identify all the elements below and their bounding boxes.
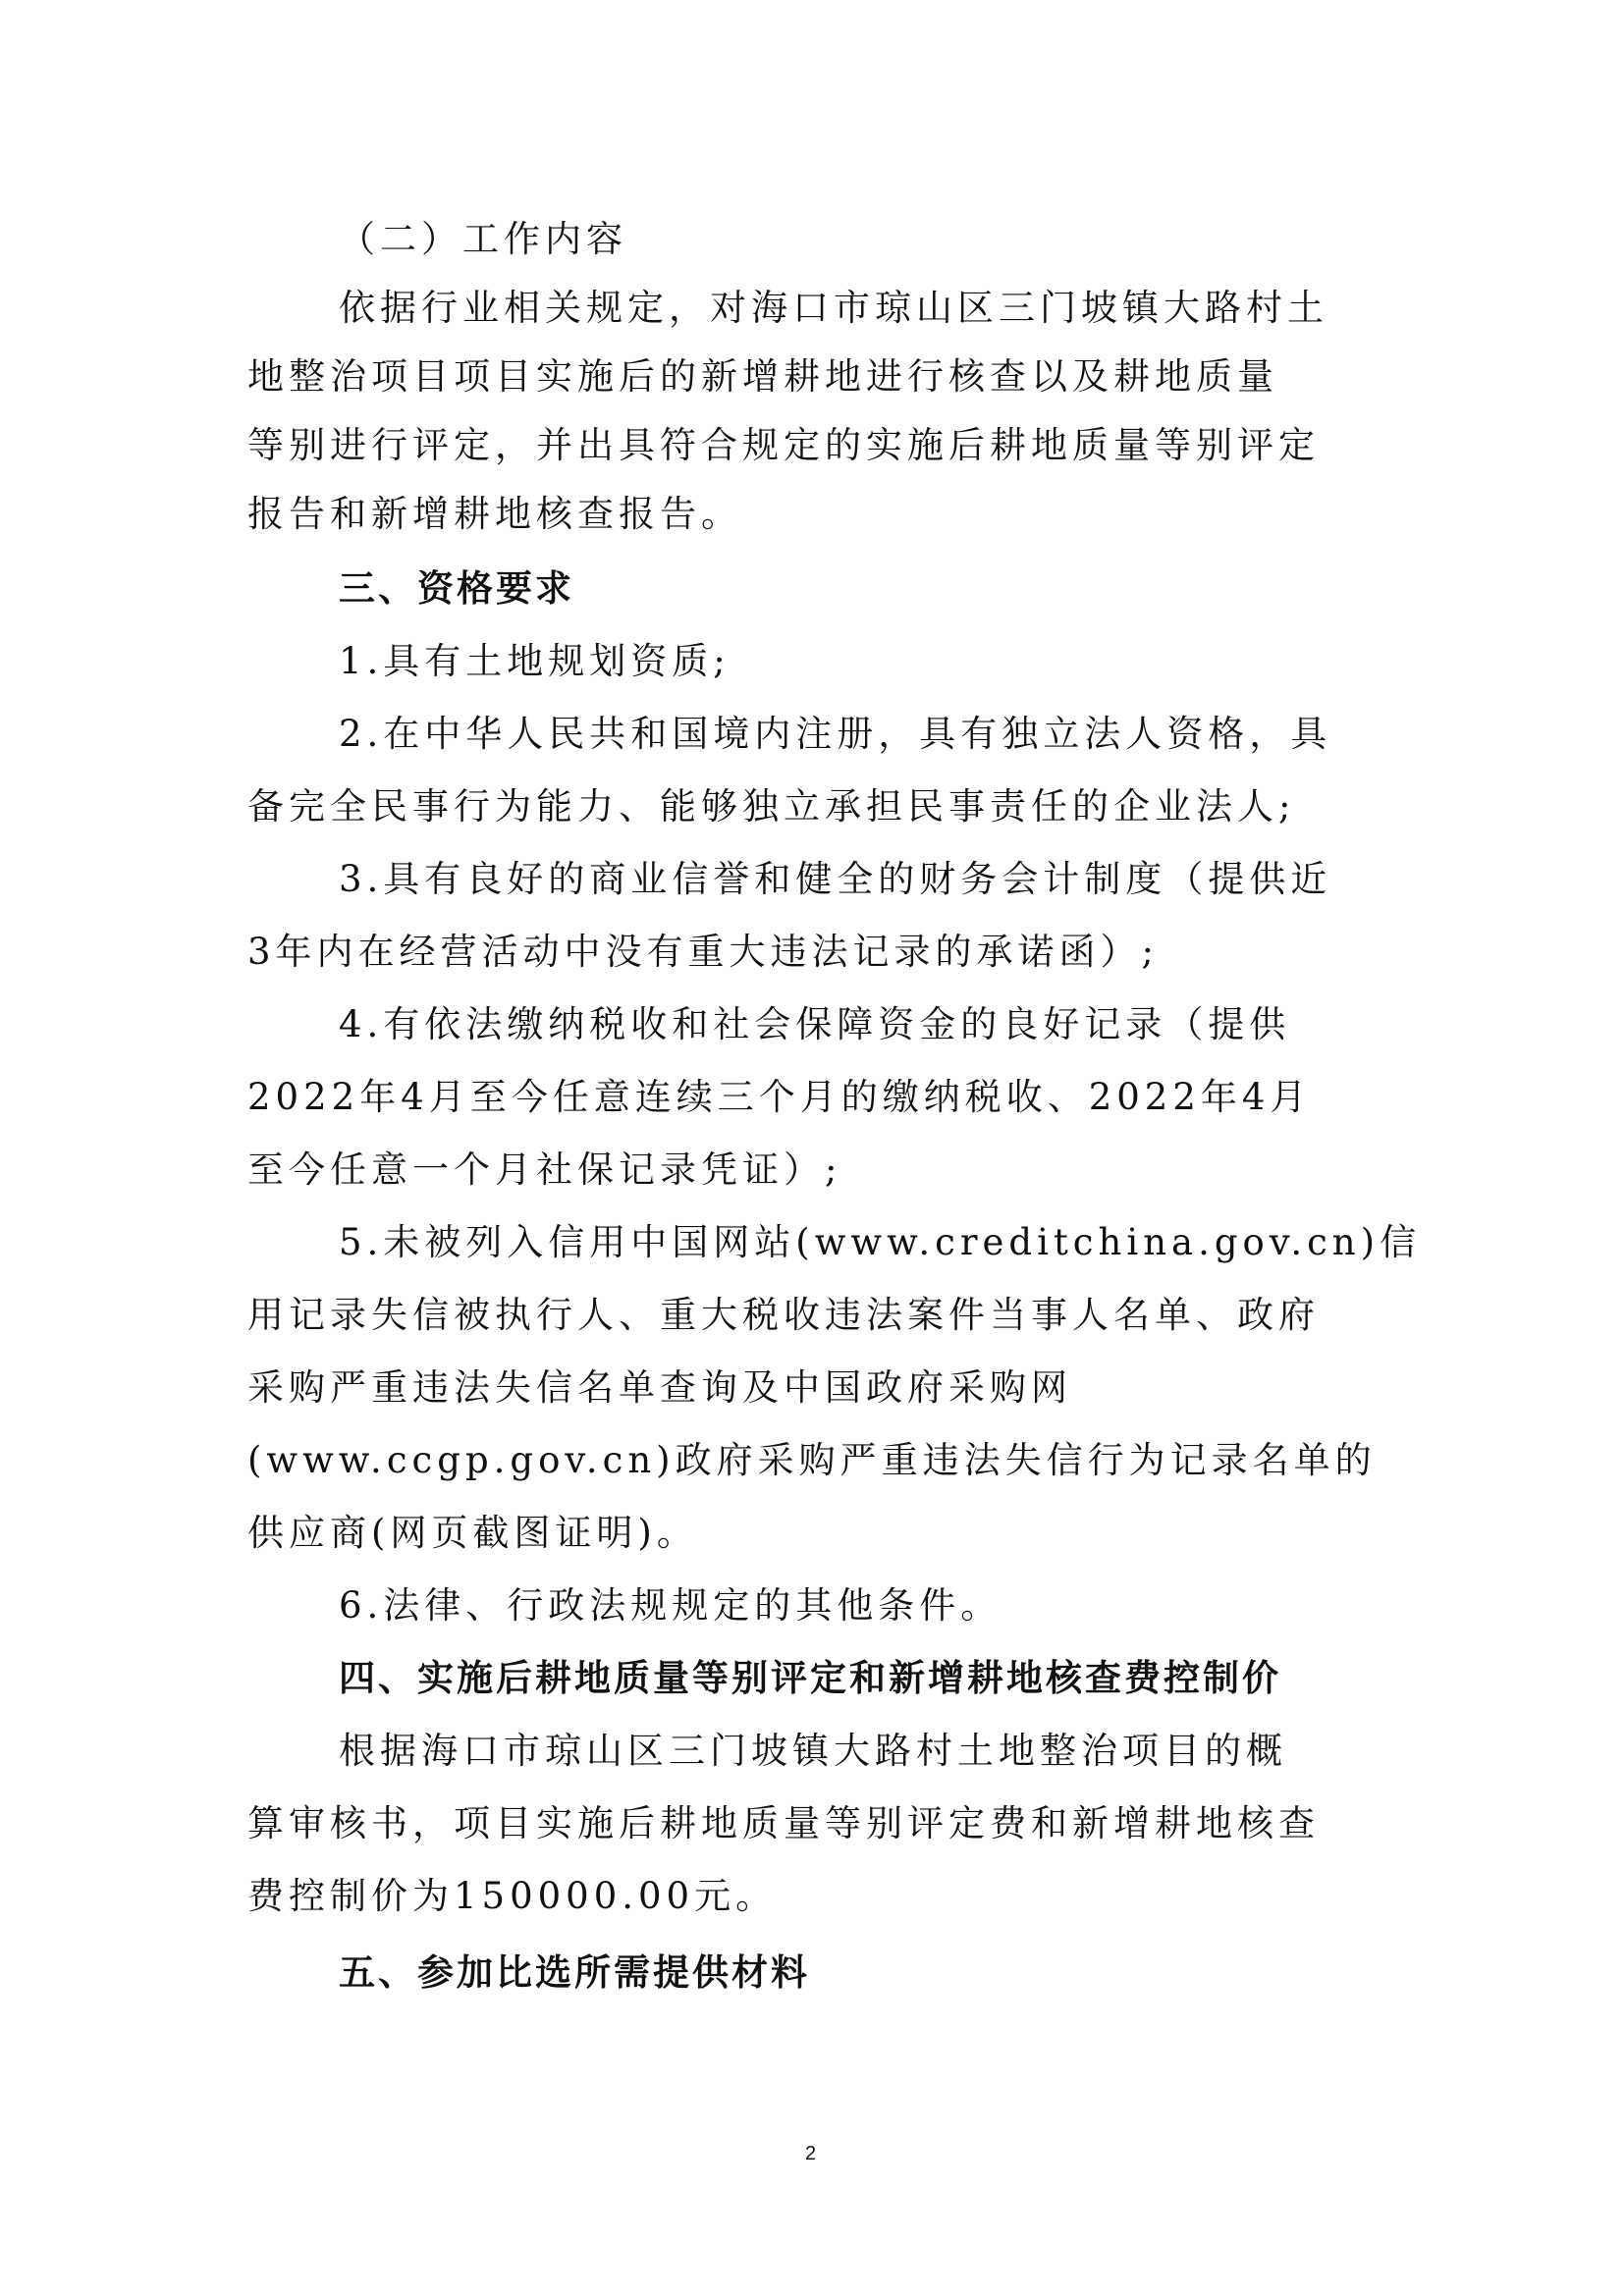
body-text-line: 3年内在经营活动中没有重大违法记录的承诺函）; [247, 931, 1159, 974]
page-number: 2 [805, 2143, 816, 2165]
body-text-line: 算审核书，项目实施后耕地质量等别评定费和新增耕地核查 [247, 1802, 1320, 1845]
body-text-line: 采购严重违法失信名单查询及中国政府采购网 [247, 1366, 1072, 1410]
section-heading: 三、资格要求 [339, 567, 574, 611]
body-text-line: 4.有依法缴纳税收和社会保障资金的良好记录（提供 [339, 1003, 1290, 1046]
body-text-line: 2022年4月至今任意连续三个月的缴纳税收、2022年4月 [247, 1076, 1311, 1119]
section-heading: 四、实施后耕地质量等别评定和新增耕地核查费控制价 [339, 1657, 1281, 1700]
body-text-line: （二）工作内容 [339, 218, 627, 261]
body-text-line: 根据海口市琼山区三门坡镇大路村土地整治项目的概 [339, 1730, 1287, 1773]
body-text-line: 5.未被列入信用中国网站(www.creditchina.gov.cn)信 [339, 1221, 1421, 1264]
body-text-line: 报告和新增耕地核查报告。 [247, 493, 742, 536]
body-text-line: 依据行业相关规定，对海口市琼山区三门坡镇大路村土 [339, 287, 1328, 330]
document-page: （二）工作内容依据行业相关规定，对海口市琼山区三门坡镇大路村土地整治项目项目实施… [0, 0, 1624, 2296]
section-heading: 五、参加比选所需提供材料 [339, 1951, 810, 1995]
body-text-line: (www.ccgp.gov.cn)政府采购严重违法失信行为记录名单的 [247, 1439, 1377, 1482]
body-text-line: 6.法律、行政法规规定的其他条件。 [339, 1584, 1001, 1628]
body-text-line: 费控制价为150000.00元。 [247, 1875, 777, 1918]
body-text-line: 地整治项目项目实施后的新增耕地进行核查以及耕地质量 [247, 355, 1278, 399]
body-text-line: 3.具有良好的商业信誉和健全的财务会计制度（提供近 [339, 858, 1331, 901]
body-text-line: 用记录失信被执行人、重大税收违法案件当事人名单、政府 [247, 1294, 1320, 1337]
body-text-line: 1.具有土地规划资质; [339, 640, 731, 683]
body-text-line: 备完全民事行为能力、能够独立承担民事责任的企业法人; [247, 785, 1295, 828]
body-text-line: 至今任意一个月社保记录凭证）; [247, 1148, 841, 1192]
body-text-line: 等别进行评定，并出具符合规定的实施后耕地质量等别评定 [247, 424, 1320, 467]
body-text-line: 供应商(网页截图证明)。 [247, 1512, 698, 1555]
body-text-line: 2.在中华人民共和国境内注册，具有独立法人资格，具 [339, 713, 1331, 756]
